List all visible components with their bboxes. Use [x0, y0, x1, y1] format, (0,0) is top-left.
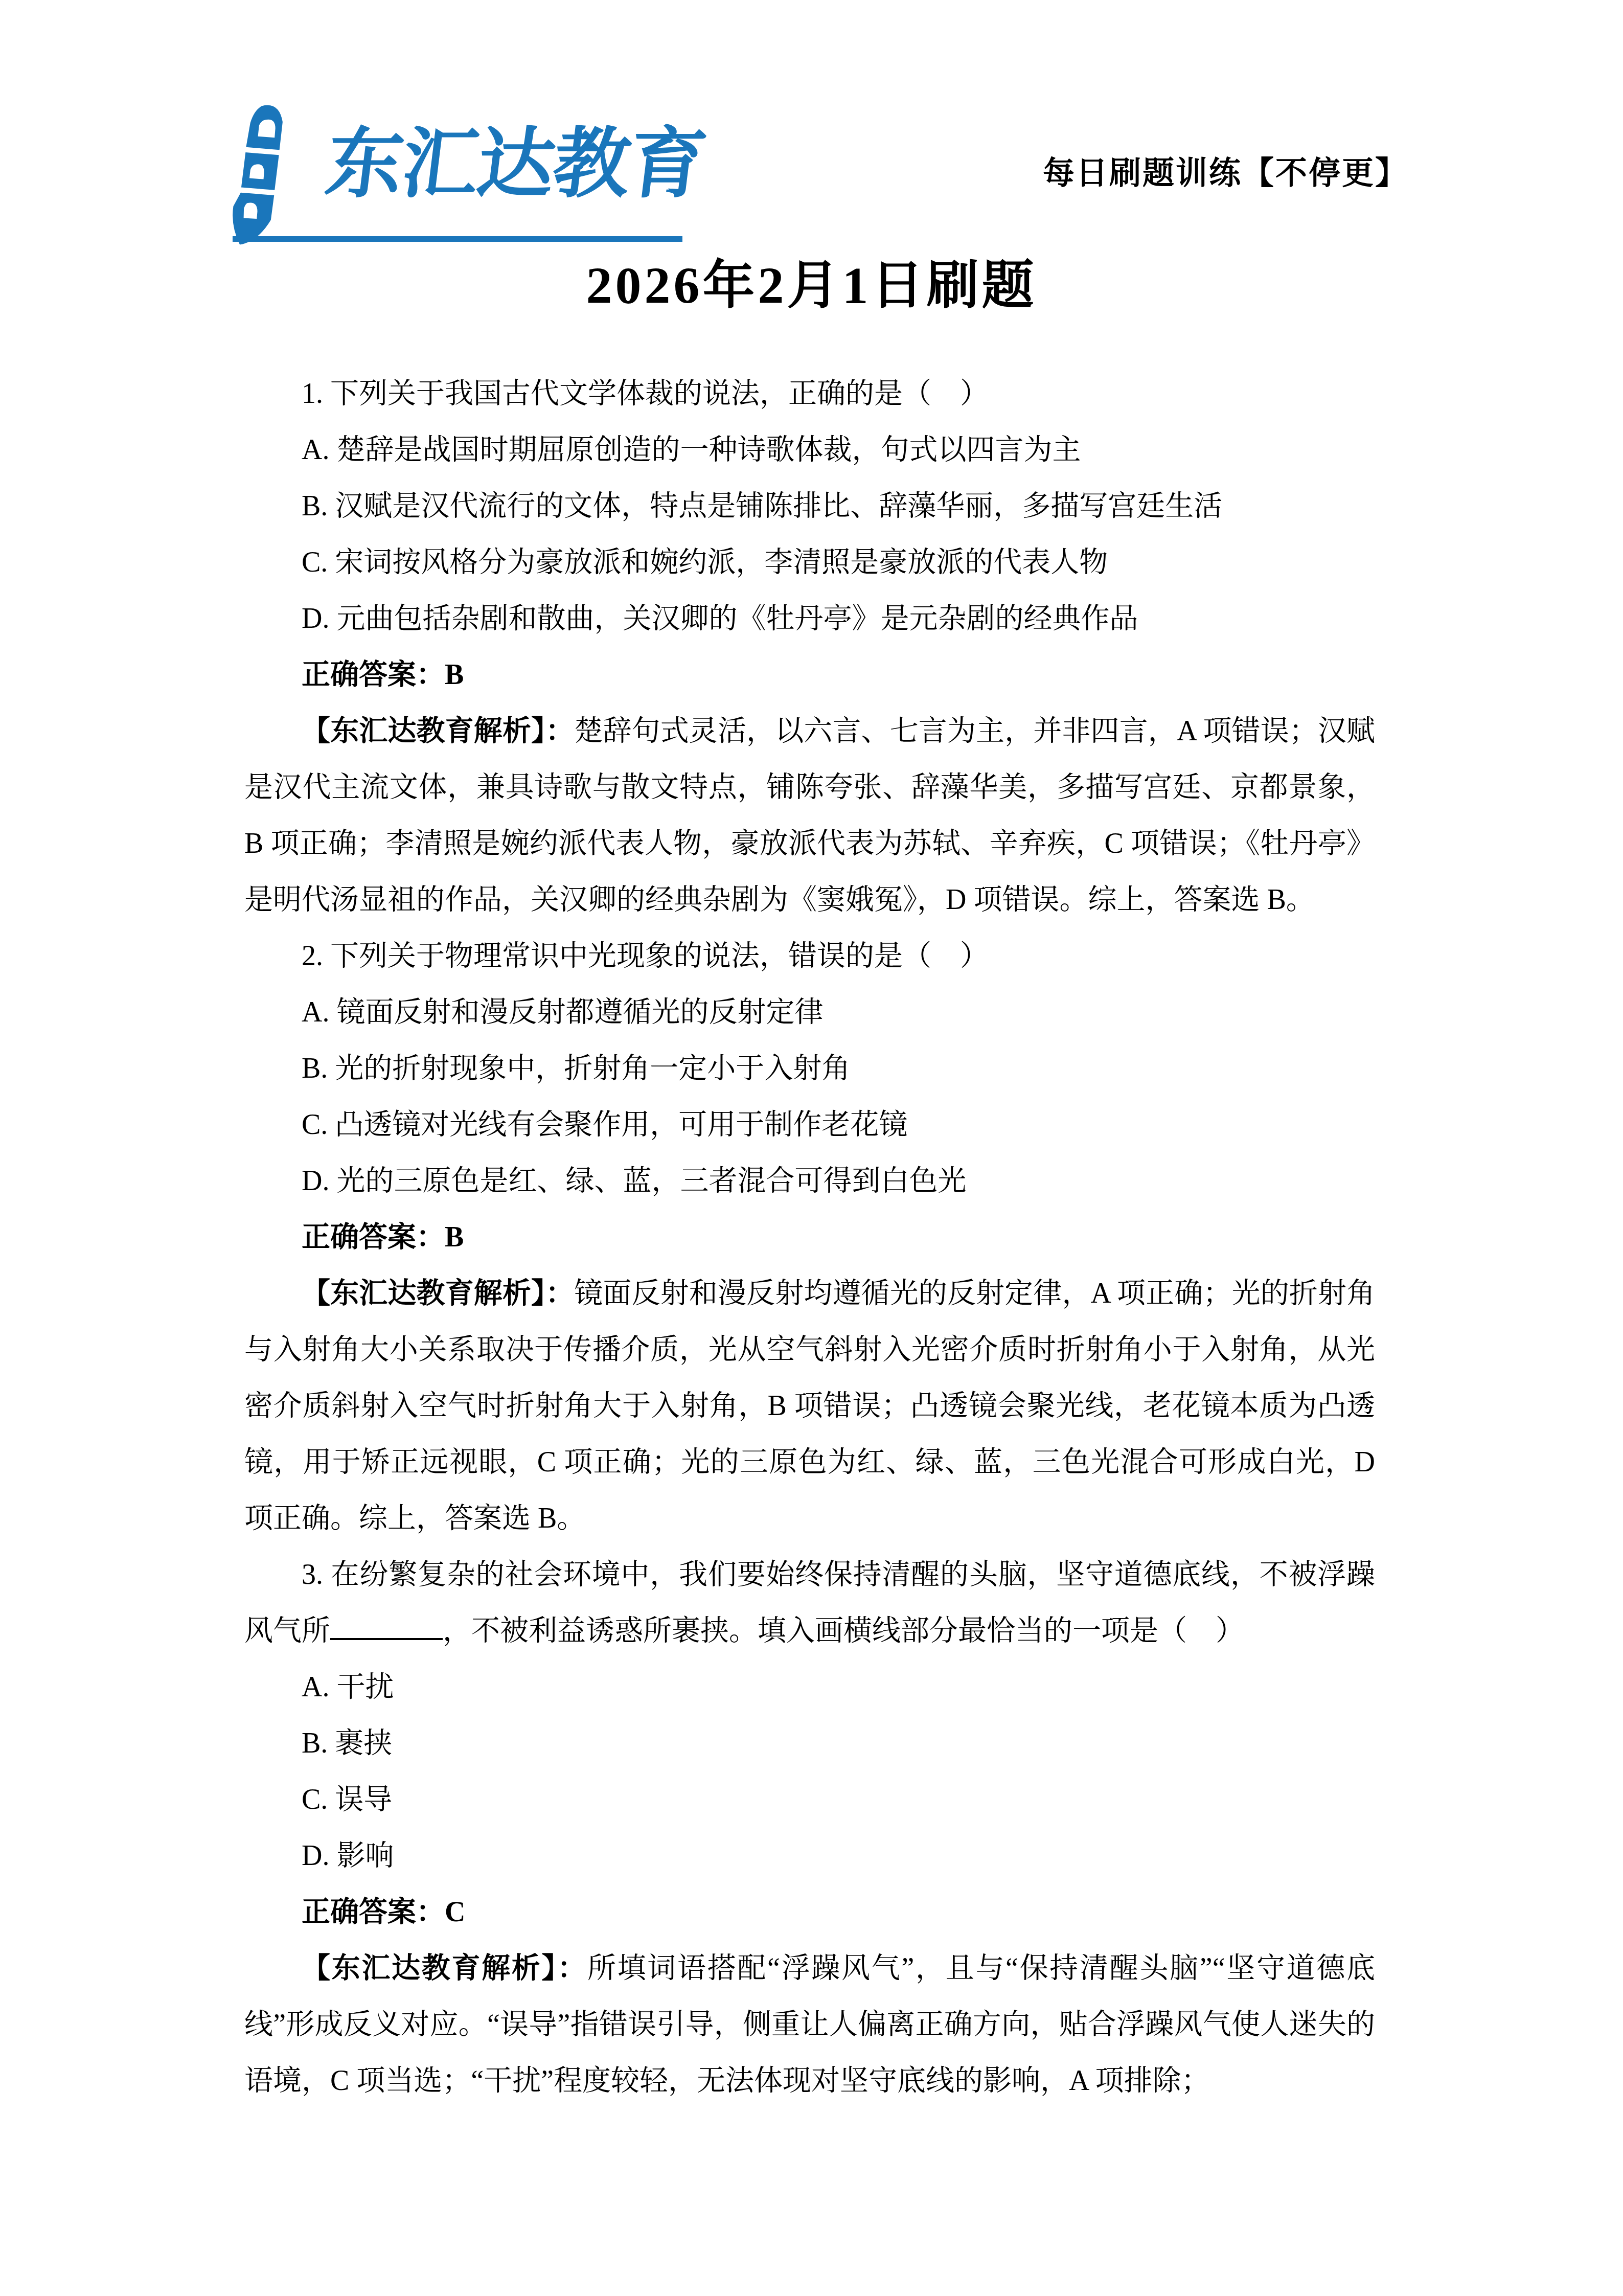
question-stem: 2. 下列关于物理常识中光现象的说法，错误的是（ ）: [244, 928, 1375, 984]
analysis-text: 镜面反射和漫反射均遵循光的反射定律，A 项正确；光的折射角与入射角大小关系取决于…: [244, 1278, 1375, 1534]
fill-in-blank: [330, 1611, 443, 1640]
answer-label: 正确答案：: [302, 1221, 445, 1253]
logo: 东汇达教育: [225, 97, 685, 245]
option-b: B. 光的折射现象中，折射角一定小于入射角: [244, 1040, 1375, 1097]
analysis-label: 【东汇达教育解析】：: [302, 1278, 574, 1309]
option-c: C. 误导: [244, 1771, 1375, 1828]
answer-label: 正确答案：: [302, 1896, 445, 1928]
logo-text: 东汇达教育: [322, 125, 710, 202]
question-list: 1. 下列关于我国古代文学体裁的说法，正确的是（ ） A. 楚辞是战国时期屈原创…: [244, 366, 1375, 2109]
option-d: D. 光的三原色是红、绿、蓝，三者混合可得到白色光: [244, 1153, 1375, 1209]
answer-value: B: [445, 659, 464, 691]
option-a: A. 干扰: [244, 1659, 1375, 1715]
option-b: B. 汉赋是汉代流行的文体，特点是铺陈排比、辞藻华丽，多描写宫廷生活: [244, 478, 1375, 534]
answer-line: 正确答案：C: [244, 1884, 1375, 1940]
answer-label: 正确答案：: [302, 659, 445, 691]
option-c: C. 宋词按风格分为豪放派和婉约派，李清照是豪放派的代表人物: [244, 534, 1375, 590]
option-d: D. 影响: [244, 1828, 1375, 1884]
option-d: D. 元曲包括杂剧和散曲，关汉卿的《牡丹亭》是元杂剧的经典作品: [244, 590, 1375, 647]
question-block-3: 3. 在纷繁复杂的社会环境中，我们要始终保持清醒的头脑，坚守道德底线，不被浮躁风…: [244, 1547, 1375, 2109]
option-c: C. 凸透镜对光线有会聚作用，可用于制作老花镜: [244, 1097, 1375, 1153]
page-title: 2026年2月1日刷题: [0, 252, 1623, 321]
analysis-label: 【东汇达教育解析】：: [302, 715, 574, 747]
pen-icon: [225, 102, 322, 256]
analysis-label: 【东汇达教育解析】：: [302, 1952, 587, 1984]
analysis: 【东汇达教育解析】：所填词语搭配“浮躁风气”，且与“保持清醒头脑”“坚守道德底线…: [244, 1940, 1375, 2109]
answer-value: B: [445, 1221, 464, 1253]
analysis: 【东汇达教育解析】：楚辞句式灵活，以六言、七言为主，并非四言，A 项错误；汉赋是…: [244, 703, 1375, 928]
question-block-1: 1. 下列关于我国古代文学体裁的说法，正确的是（ ） A. 楚辞是战国时期屈原创…: [244, 366, 1375, 928]
question-stem: 1. 下列关于我国古代文学体裁的说法，正确的是（ ）: [244, 366, 1375, 422]
header-tagline: 每日刷题训练【不停更】: [1043, 153, 1408, 194]
logo-underline: [233, 236, 682, 242]
answer-line: 正确答案：B: [244, 647, 1375, 703]
analysis: 【东汇达教育解析】：镜面反射和漫反射均遵循光的反射定律，A 项正确；光的折射角与…: [244, 1265, 1375, 1547]
option-a: A. 楚辞是战国时期屈原创造的一种诗歌体裁，句式以四言为主: [244, 422, 1375, 478]
answer-value: C: [445, 1896, 465, 1928]
stem-after-blank: ，不被利益诱惑所裹挟。填入画横线部分最恰当的一项是（ ）: [443, 1615, 1244, 1647]
question-block-2: 2. 下列关于物理常识中光现象的说法，错误的是（ ） A. 镜面反射和漫反射都遵…: [244, 928, 1375, 1547]
option-b: B. 裹挟: [244, 1715, 1375, 1771]
question-stem: 3. 在纷繁复杂的社会环境中，我们要始终保持清醒的头脑，坚守道德底线，不被浮躁风…: [244, 1547, 1375, 1659]
answer-line: 正确答案：B: [244, 1209, 1375, 1265]
option-a: A. 镜面反射和漫反射都遵循光的反射定律: [244, 984, 1375, 1040]
